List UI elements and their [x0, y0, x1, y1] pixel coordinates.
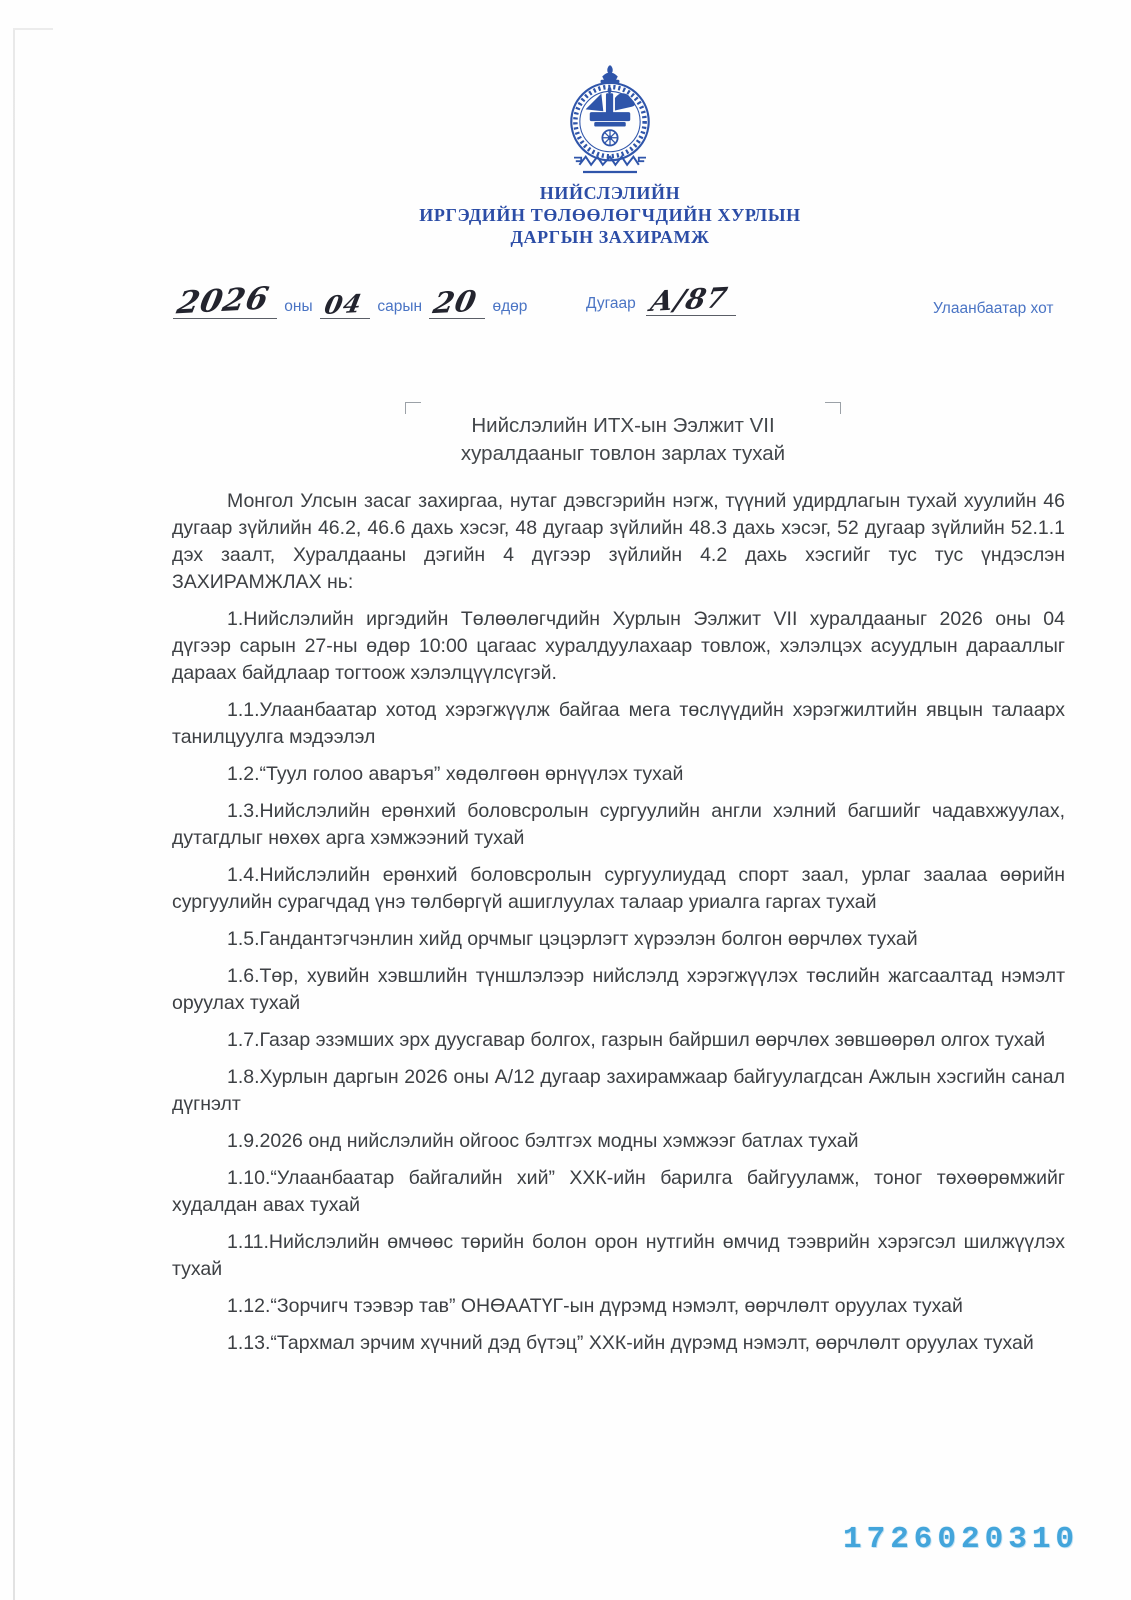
paragraph-preamble: Монгол Улсын засаг захиргаа, нутаг дэвсг…	[172, 488, 1065, 596]
document-title-line2: хуралдааныг товлон зарлах тухай	[405, 440, 841, 468]
city-label: Улаанбаатар хот	[933, 300, 1054, 318]
number-label: Дугаар	[586, 295, 636, 316]
document-title-line1: Нийслэлийн ИТХ-ын Ээлжит VII	[405, 412, 841, 440]
paragraph-item-1-1: 1.1.Улаанбаатар хотод хэрэгжүүлж байгаа …	[172, 697, 1065, 751]
paragraph-item-1-12: 1.12.“Зорчигч тээвэр тав” ОНӨААТҮГ-ын дү…	[172, 1293, 1065, 1320]
handwritten-day: 20	[429, 288, 485, 319]
paragraph-item-1-4: 1.4.Нийслэлийн ерөнхий боловсролын сургу…	[172, 862, 1065, 916]
day-label: өдөр	[492, 298, 527, 319]
number-group: Дугаар А/87	[586, 286, 736, 316]
paragraph-item-1: 1.Нийслэлийн иргэдийн Төлөөлөгчдийн Хурл…	[172, 606, 1065, 687]
paragraph-item-1-10: 1.10.“Улаанбаатар байгалийн хий” ХХК-ийн…	[172, 1165, 1065, 1219]
paragraph-item-1-11: 1.11.Нийслэлийн өмчөөс төрийн болон орон…	[172, 1229, 1065, 1283]
stamp-number: 1726020310	[843, 1522, 1079, 1557]
month-label: сарын	[377, 298, 422, 319]
handwritten-number: А/87	[646, 286, 736, 316]
org-header: НИЙСЛЭЛИЙН ИРГЭДИЙН ТӨЛӨӨЛӨГЧДИЙН ХУРЛЫН…	[160, 182, 1060, 248]
scanned-decree-page: НИЙСЛЭЛИЙН ИРГЭДИЙН ТӨЛӨӨЛӨГЧДИЙН ХУРЛЫН…	[0, 0, 1131, 1600]
paragraph-item-1-8: 1.8.Хурлын даргын 2026 оны А/12 дугаар з…	[172, 1064, 1065, 1118]
org-header-line1: НИЙСЛЭЛИЙН	[160, 182, 1060, 204]
handwritten-month: 04	[320, 292, 371, 319]
crop-mark-left	[405, 402, 421, 414]
body-text: Монгол Улсын засаг захиргаа, нутаг дэвсг…	[172, 488, 1065, 1367]
crop-mark-right	[825, 402, 841, 414]
paragraph-item-1-6: 1.6.Төр, хувийн хэвшлийн түншлэлээр нийс…	[172, 963, 1065, 1017]
scan-edge-top	[13, 28, 53, 30]
document-title: Нийслэлийн ИТХ-ын Ээлжит VII хуралдааныг…	[405, 398, 841, 468]
paragraph-item-1-9: 1.9.2026 онд нийслэлийн ойгоос бэлтгэх м…	[172, 1128, 1065, 1155]
dateline: 2026 оны 04 сарын 20 өдөр Дугаар А/87 Ул…	[173, 286, 1065, 332]
org-header-line2: ИРГЭДИЙН ТӨЛӨӨЛӨГЧДИЙН ХУРЛЫН	[160, 204, 1060, 226]
paragraph-item-1-7: 1.7.Газар эзэмших эрх дуусгавар болгох, …	[172, 1027, 1065, 1054]
org-header-line3: ДАРГЫН ЗАХИРАМЖ	[160, 226, 1060, 248]
date-group: 2026 оны 04 сарын 20 өдөр	[173, 286, 527, 319]
mongolia-state-emblem-icon	[556, 64, 664, 178]
paragraph-item-1-3: 1.3.Нийслэлийн ерөнхий боловсролын сургу…	[172, 798, 1065, 852]
scan-edge-left	[13, 28, 15, 1600]
paragraph-item-1-13: 1.13.“Тархмал эрчим хүчний дэд бүтэц” ХХ…	[172, 1330, 1065, 1357]
year-label: оны	[284, 298, 312, 319]
paragraph-item-1-5: 1.5.Гандантэгчэнлин хийд орчмыг цэцэрлэг…	[172, 926, 1065, 953]
title-block: Нийслэлийн ИТХ-ын Ээлжит VII хуралдааныг…	[405, 398, 841, 468]
handwritten-year: 2026	[173, 286, 277, 319]
paragraph-item-1-2: 1.2.“Туул голоо аваръя” хөдөлгөөн өрнүүл…	[172, 761, 1065, 788]
